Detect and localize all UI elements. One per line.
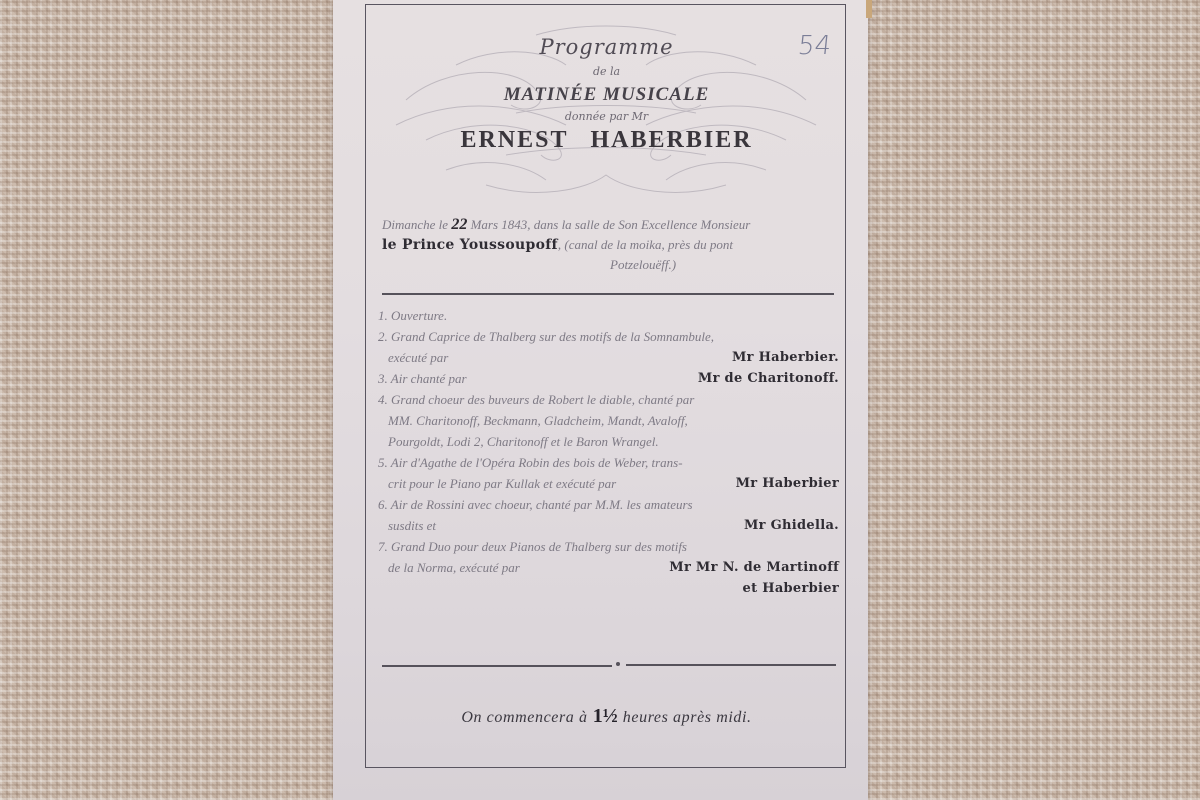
title-given-by: donnée par Mr — [366, 110, 847, 123]
program-item-line: 2. Grand Caprice de Thalberg sur des mot… — [366, 326, 847, 347]
program-item-title: 6. Air de Rossini avec choeur, chanté pa… — [378, 494, 693, 515]
divider-ornament-dot — [616, 662, 620, 666]
divider-bottom-right — [626, 664, 836, 666]
program-item-line: crit pour le Piano par Kullak et exécuté… — [366, 473, 847, 494]
divider-top — [382, 293, 834, 295]
venue-block: Dimanche le 22 Mars 1843, dans la salle … — [382, 215, 837, 274]
program-item-performer: Mr Haberbier — [736, 473, 839, 494]
program-item-title: 1. Ouverture. — [378, 305, 447, 326]
program-item-performer: Mr Haberbier. — [732, 347, 839, 368]
program-item-line: 7. Grand Duo pour deux Pianos de Thalber… — [366, 536, 847, 557]
program-item-title: 2. Grand Caprice de Thalberg sur des mot… — [378, 326, 714, 347]
program-item-performer: Mr de Charitonoff. — [698, 368, 839, 389]
program-item-line: 6. Air de Rossini avec choeur, chanté pa… — [366, 494, 847, 515]
program-item-line: et Haberbier — [366, 578, 847, 599]
program-item-detail: susdits et — [388, 515, 436, 536]
program-item-title: 5. Air d'Agathe de l'Opéra Robin des boi… — [378, 452, 683, 473]
program-item-detail: Pourgoldt, Lodi 2, Charitonoff et le Bar… — [388, 431, 659, 452]
performer-name: ERNESTHABERBIER — [366, 127, 847, 154]
paper-edge — [866, 0, 872, 18]
program-item-detail: crit pour le Piano par Kullak et exécuté… — [388, 473, 616, 494]
program-item-line: 3. Air chanté parMr de Charitonoff. — [366, 368, 847, 389]
divider-bottom-left — [382, 665, 612, 667]
program-item-detail: de la Norma, exécuté par — [388, 557, 520, 578]
venue-date-day: 22 — [451, 216, 467, 233]
program-item-performer: Mr Ghidella. — [744, 515, 839, 536]
venue-line2-suffix: , (canal de la moika, près du pont — [558, 237, 733, 252]
venue-host: le Prince Youssoupoff — [382, 237, 558, 253]
title-programme: Programme — [366, 35, 847, 59]
program-item-line: exécuté parMr Haberbier. — [366, 347, 847, 368]
footer-prefix: On commencera à — [461, 709, 587, 726]
program-item-performer: Mr Mr N. de Martinoff — [669, 557, 839, 578]
venue-line-3: Potzelouëff.) — [382, 255, 837, 274]
venue-line1-suffix: Mars 1843, dans la salle de Son Excellen… — [471, 217, 751, 232]
title-block: Programme de la MATINÉE MUSICALE donnée … — [366, 35, 847, 154]
venue-line-2: le Prince Youssoupoff, (canal de la moik… — [382, 234, 837, 255]
start-time-note: On commencera à 1½ heures après midi. — [366, 705, 847, 728]
title-event: MATINÉE MUSICALE — [366, 84, 847, 106]
program-item-line: 1. Ouverture. — [366, 305, 847, 326]
program-item-line: MM. Charitonoff, Beckmann, Gladcheim, Ma… — [366, 410, 847, 431]
venue-line-1: Dimanche le 22 Mars 1843, dans la salle … — [382, 215, 837, 234]
title-de-la: de la — [366, 65, 847, 78]
program-item-line: Pourgoldt, Lodi 2, Charitonoff et le Bar… — [366, 431, 847, 452]
footer-suffix: heures après midi. — [623, 709, 752, 726]
program-item-line: susdits etMr Ghidella. — [366, 515, 847, 536]
footer-time: 1½ — [593, 705, 618, 727]
program-sheet: 54 Programme de la MATINÉ — [333, 0, 868, 800]
program-item-title: 3. Air chanté par — [378, 368, 467, 389]
performer-first-name: ERNEST — [460, 127, 568, 153]
venue-day-prefix: Dimanche le — [382, 217, 448, 232]
program-item-detail: MM. Charitonoff, Beckmann, Gladcheim, Ma… — [388, 410, 688, 431]
program-item-line: 5. Air d'Agathe de l'Opéra Robin des boi… — [366, 452, 847, 473]
program-list: 1. Ouverture.2. Grand Caprice de Thalber… — [366, 305, 847, 599]
program-item-title: 4. Grand choeur des buveurs de Robert le… — [378, 389, 694, 410]
program-item-title: 7. Grand Duo pour deux Pianos de Thalber… — [378, 536, 687, 557]
program-item-line: 4. Grand choeur des buveurs de Robert le… — [366, 389, 847, 410]
program-item-line: de la Norma, exécuté parMr Mr N. de Mart… — [366, 557, 847, 578]
performer-last-name: HABERBIER — [591, 127, 753, 153]
program-item-detail: exécuté par — [388, 347, 448, 368]
program-item-performer: et Haberbier — [743, 578, 839, 599]
engraved-border-frame: 54 Programme de la MATINÉ — [365, 4, 846, 768]
